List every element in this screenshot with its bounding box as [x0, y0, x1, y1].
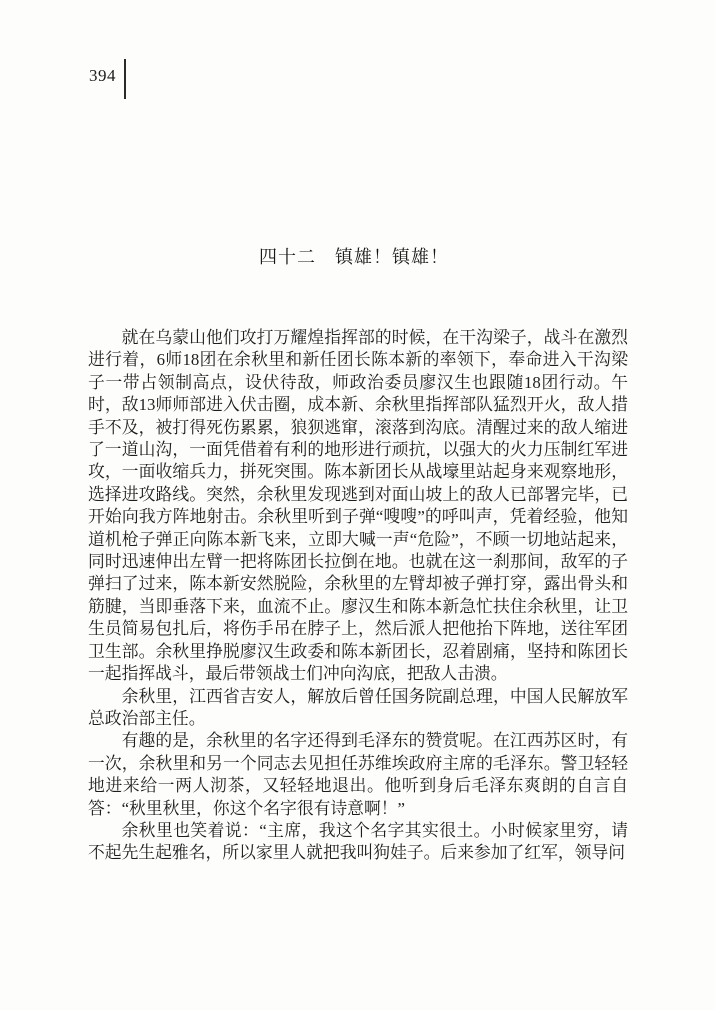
- paragraph-2: 余秋里，江西省吉安人，解放后曾任国务院副总理，中国人民解放军总政治部主任。: [88, 686, 628, 731]
- book-page: 394 四十二 镇雄！镇雄！ 就在乌蒙山他们攻打万耀煌指挥部的时候，在干沟梁子，…: [0, 0, 715, 1010]
- folio-divider-rule: [124, 59, 126, 99]
- body-text: 就在乌蒙山他们攻打万耀煌指挥部的时候，在干沟梁子，战斗在激烈进行着，6师18团在…: [88, 327, 628, 865]
- paragraph-3: 有趣的是，余秋里的名字还得到毛泽东的赞赏呢。在江西苏区时，有一次，余秋里和另一个…: [88, 730, 628, 820]
- paragraph-4: 余秋里也笑着说：“主席，我这个名字其实很土。小时候家里穷，请不起先生起雅名，所以…: [88, 820, 628, 865]
- chapter-title: 四十二 镇雄！镇雄！: [259, 243, 449, 269]
- page-number: 394: [89, 66, 116, 86]
- paragraph-1: 就在乌蒙山他们攻打万耀煌指挥部的时候，在干沟梁子，战斗在激烈进行着，6师18团在…: [88, 327, 628, 686]
